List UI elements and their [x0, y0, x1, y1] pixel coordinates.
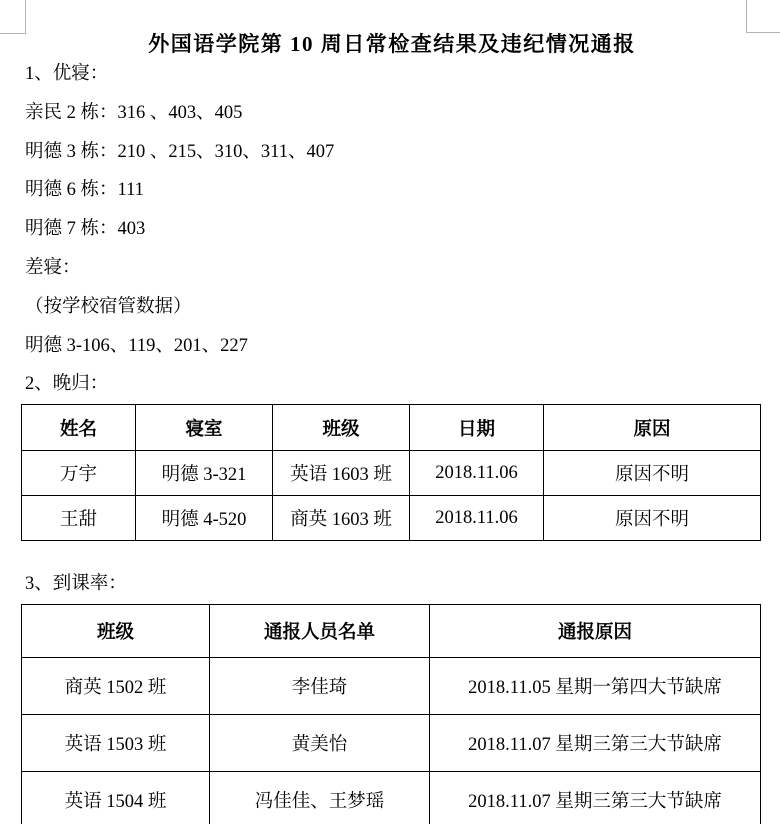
table-cell: 明德 3-321: [136, 451, 273, 496]
table-cell: 王甜: [22, 496, 136, 541]
table-cell: 商英 1502 班: [22, 657, 210, 714]
table-cell: 李佳琦: [210, 657, 430, 714]
line-excellent-dorm-mingde-7: 明德 7 栋：403: [25, 210, 759, 249]
table-cell: 万宇: [22, 451, 136, 496]
line-excellent-dorm-mingde-6: 明德 6 栋：111: [25, 171, 759, 210]
table-row: 王甜 明德 4-520 商英 1603 班 2018.11.06 原因不明: [22, 496, 761, 541]
table-header-cell: 姓名: [22, 405, 136, 451]
table-header-cell: 日期: [410, 405, 544, 451]
table-header-cell: 班级: [273, 405, 410, 451]
table-cell: 2018.11.06: [410, 496, 544, 541]
table-header-cell: 寝室: [136, 405, 273, 451]
table-header-cell: 通报人员名单: [210, 604, 430, 657]
table-cell: 原因不明: [544, 496, 761, 541]
table-cell: 明德 4-520: [136, 496, 273, 541]
table-row: 万宇 明德 3-321 英语 1603 班 2018.11.06 原因不明: [22, 451, 761, 496]
table-cell: 2018.11.05 星期一第四大节缺席: [430, 657, 761, 714]
table-cell: 原因不明: [544, 451, 761, 496]
table-header-row: 班级 通报人员名单 通报原因: [22, 604, 761, 657]
section-2-heading: 2、晚归：: [25, 365, 759, 404]
table-header-row: 姓名 寝室 班级 日期 原因: [22, 405, 761, 451]
line-poor-dorm-rooms: 明德 3-106、119、201、227: [25, 327, 759, 366]
line-excellent-dorm-qinmin-2: 亲民 2 栋：316 、403、405: [25, 94, 759, 133]
table-cell: 英语 1504 班: [22, 771, 210, 824]
attendance-table: 班级 通报人员名单 通报原因 商英 1502 班 李佳琦 2018.11.05 …: [21, 604, 761, 824]
table-row: 英语 1504 班 冯佳佳、王梦瑶 2018.11.07 星期三第三大节缺席: [22, 771, 761, 824]
document-title: 外国语学院第 10 周日常检查结果及违纪情况通报: [25, 33, 759, 55]
table-header-cell: 原因: [544, 405, 761, 451]
line-data-source-note: （按学校宿管数据）: [25, 288, 759, 327]
table-cell: 2018.11.07 星期三第三大节缺席: [430, 714, 761, 771]
section-3-heading: 3、到课率：: [25, 565, 759, 604]
table-header-cell: 通报原因: [430, 604, 761, 657]
line-excellent-dorm-mingde-3: 明德 3 栋：210 、215、310、311、407: [25, 133, 759, 172]
section-1-heading: 1、优寝：: [25, 55, 759, 94]
table-cell: 黄美怡: [210, 714, 430, 771]
table-cell: 英语 1503 班: [22, 714, 210, 771]
table-row: 商英 1502 班 李佳琦 2018.11.05 星期一第四大节缺席: [22, 657, 761, 714]
table-row: 英语 1503 班 黄美怡 2018.11.07 星期三第三大节缺席: [22, 714, 761, 771]
document-page: { "document": { "title": "外国语学院第 10 周日常检…: [0, 0, 780, 824]
table-cell: 冯佳佳、王梦瑶: [210, 771, 430, 824]
table-header-cell: 班级: [22, 604, 210, 657]
late-return-table: 姓名 寝室 班级 日期 原因 万宇 明德 3-321 英语 1603 班 201…: [21, 404, 761, 541]
table-cell: 商英 1603 班: [273, 496, 410, 541]
table-cell: 2018.11.07 星期三第三大节缺席: [430, 771, 761, 824]
table-cell: 2018.11.06: [410, 451, 544, 496]
document-content: 外国语学院第 10 周日常检查结果及违纪情况通报 1、优寝： 亲民 2 栋：31…: [0, 0, 780, 824]
page-margin-mark-top-left: [0, 0, 26, 34]
page-margin-mark-top-right: [746, 0, 780, 33]
table-cell: 英语 1603 班: [273, 451, 410, 496]
line-poor-dorm-label: 差寝：: [25, 249, 759, 288]
